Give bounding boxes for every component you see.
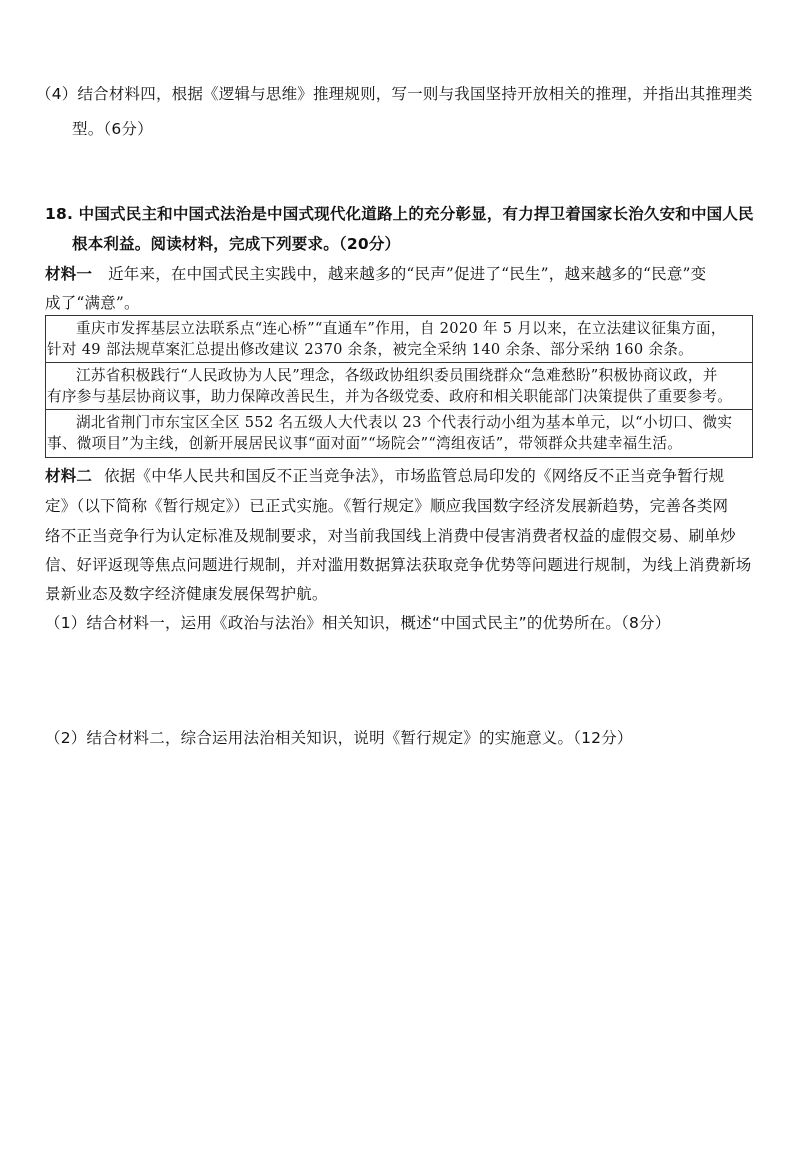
material-one-line1: 近年来，在中国式民主实践中，越来越多的“民声”促进了“民生”，越来越多的“民意”…: [108, 265, 706, 283]
q18-title-line2: 根本利益。阅读材料，完成下列要求。（20分）: [72, 232, 400, 254]
sub-question-1: （1）结合材料一，运用《政治与法治》相关知识，概述“中国式民主”的优势所在。（8…: [45, 611, 670, 633]
case-row-text: 事、微项目”为主线，创新开展居民议事“面对面”“场院会”“湾组夜话”，带领群众共…: [47, 433, 752, 454]
material-two-line2: 定》（以下简称《暂行规定》）已正式实施。《暂行规定》顺应我国数字经济发展新趋势，…: [45, 494, 728, 516]
material-two-line4: 信、好评返现等焦点问题进行规制，并对滥用数据算法获取竞争优势等问题进行规制，为线…: [45, 553, 752, 575]
case-row-text: 有序参与基层协商议事，助力保障改善民生，并为各级党委、政府和相关职能部门决策提供…: [47, 386, 752, 407]
material-two-line1: 依据《中华人民共和国反不正当竞争法》，市场监管总局印发的《网络反不正当竞争暂行规: [104, 467, 724, 485]
material-one-case-table: 重庆市发挥基层立法联系点“连心桥”“直通车”作用，自 2020 年 5 月以来，…: [45, 315, 753, 458]
sub-question-2: （2）结合材料二，综合运用法治相关知识，说明《暂行规定》的实施意义。（12分）: [45, 726, 633, 748]
case-row-chongqing: 重庆市发挥基层立法联系点“连心桥”“直通车”作用，自 2020 年 5 月以来，…: [46, 316, 752, 363]
q17-4-line1: （4）结合材料四，根据《逻辑与思维》推理规则，写一则与我国坚持开放相关的推理，并…: [36, 82, 753, 104]
q18-title-line1: 18. 中国式民主和中国式法治是中国式现代化道路上的充分彰显，有力捍卫着国家长治…: [45, 202, 754, 224]
material-two-label: 材料二: [45, 467, 92, 485]
material-two-line3: 络不正当竞争行为认定标准及规制要求，对当前我国线上消费中侵害消费者权益的虚假交易…: [45, 524, 736, 546]
case-row-text: 湖北省荆门市东宝区全区 552 名五级人大代表以 23 个代表行动小组为基本单元…: [47, 412, 752, 433]
case-row-text: 江苏省积极践行“人民政协为人民”理念，各级政协组织委员围绕群众“急难愁盼”积极协…: [47, 365, 752, 386]
q17-4-line2: 型。（6分）: [72, 117, 153, 139]
case-row-hubei: 湖北省荆门市东宝区全区 552 名五级人大代表以 23 个代表行动小组为基本单元…: [46, 410, 752, 457]
material-one-label: 材料一: [45, 265, 92, 283]
material-one-line2: 成了“满意”。: [45, 291, 140, 313]
material-one-intro: 材料一近年来，在中国式民主实践中，越来越多的“民声”促进了“民生”，越来越多的“…: [45, 262, 706, 284]
case-row-jiangsu: 江苏省积极践行“人民政协为人民”理念，各级政协组织委员围绕群众“急难愁盼”积极协…: [46, 363, 752, 410]
material-two-line5: 景新业态及数字经济健康发展保驾护航。: [45, 582, 328, 604]
material-two-intro: 材料二依据《中华人民共和国反不正当竞争法》，市场监管总局印发的《网络反不正当竞争…: [45, 464, 724, 486]
case-row-text: 针对 49 部法规草案汇总提出修改建议 2370 余条，被完全采纳 140 余条…: [47, 339, 752, 360]
case-row-text: 重庆市发挥基层立法联系点“连心桥”“直通车”作用，自 2020 年 5 月以来，…: [47, 318, 752, 339]
